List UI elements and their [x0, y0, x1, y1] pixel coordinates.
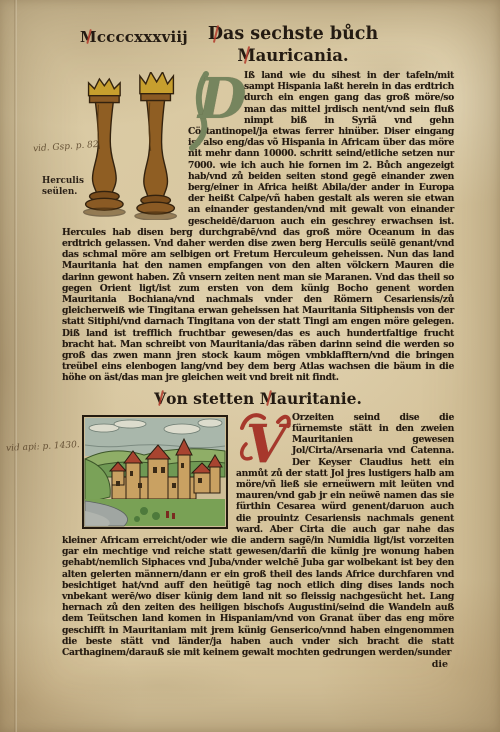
drop-cap-2-svg: V — [238, 410, 292, 476]
drop-cap-1-letter: D — [196, 66, 247, 132]
mauritania-city-woodcut — [82, 415, 228, 529]
book-page: vid. Gsp. p. 82. Herculis seülen. vid ap… — [0, 0, 500, 732]
drop-cap-initial-2: V — [238, 412, 288, 468]
drop-cap-1-svg: D — [190, 68, 244, 158]
section-heading-initial-2: M — [260, 389, 277, 408]
section-heading: Von stetten Mauritanie. — [62, 389, 454, 408]
drop-cap-2-letter: V — [246, 414, 291, 475]
folio-initial: M — [80, 28, 97, 46]
page-header: Mccccxxxviij Das sechste bůch Mauricania… — [62, 24, 454, 70]
book-title-rest: as sechste bůch — [223, 24, 378, 44]
folio-rest: ccccxxxviij — [97, 28, 188, 46]
pillars-illustration-svg — [78, 72, 182, 220]
drop-cap-initial-1: D — [190, 70, 240, 126]
chapter-title-rest: auricania. — [256, 46, 349, 65]
book-title-initial: D — [208, 24, 223, 45]
section-heading-rest-2: auritanie. — [277, 389, 362, 408]
chapter-title-initial: M — [237, 45, 255, 66]
hercules-pillars-woodcut — [78, 72, 182, 220]
paragraph-2: V Orzeiten seind dise die fürnemste stät… — [62, 412, 454, 658]
section-heading-rest-1: on stetten — [166, 389, 260, 408]
folio-number: Mccccxxxviij — [80, 28, 188, 46]
crown-icon — [89, 79, 121, 96]
text-block: Mccccxxxviij Das sechste bůch Mauricania… — [62, 24, 454, 670]
section-heading-initial-1: V — [154, 389, 166, 408]
chapter-title: Mauricania. — [132, 45, 454, 66]
city-illustration-svg — [82, 415, 228, 529]
pillar-left — [84, 79, 125, 216]
crown-icon — [140, 72, 174, 94]
paragraph-1: D Iß land wie du sihest in der tafeln/mi… — [62, 70, 454, 384]
pillar-right — [135, 72, 176, 220]
catchword: die — [62, 659, 454, 670]
